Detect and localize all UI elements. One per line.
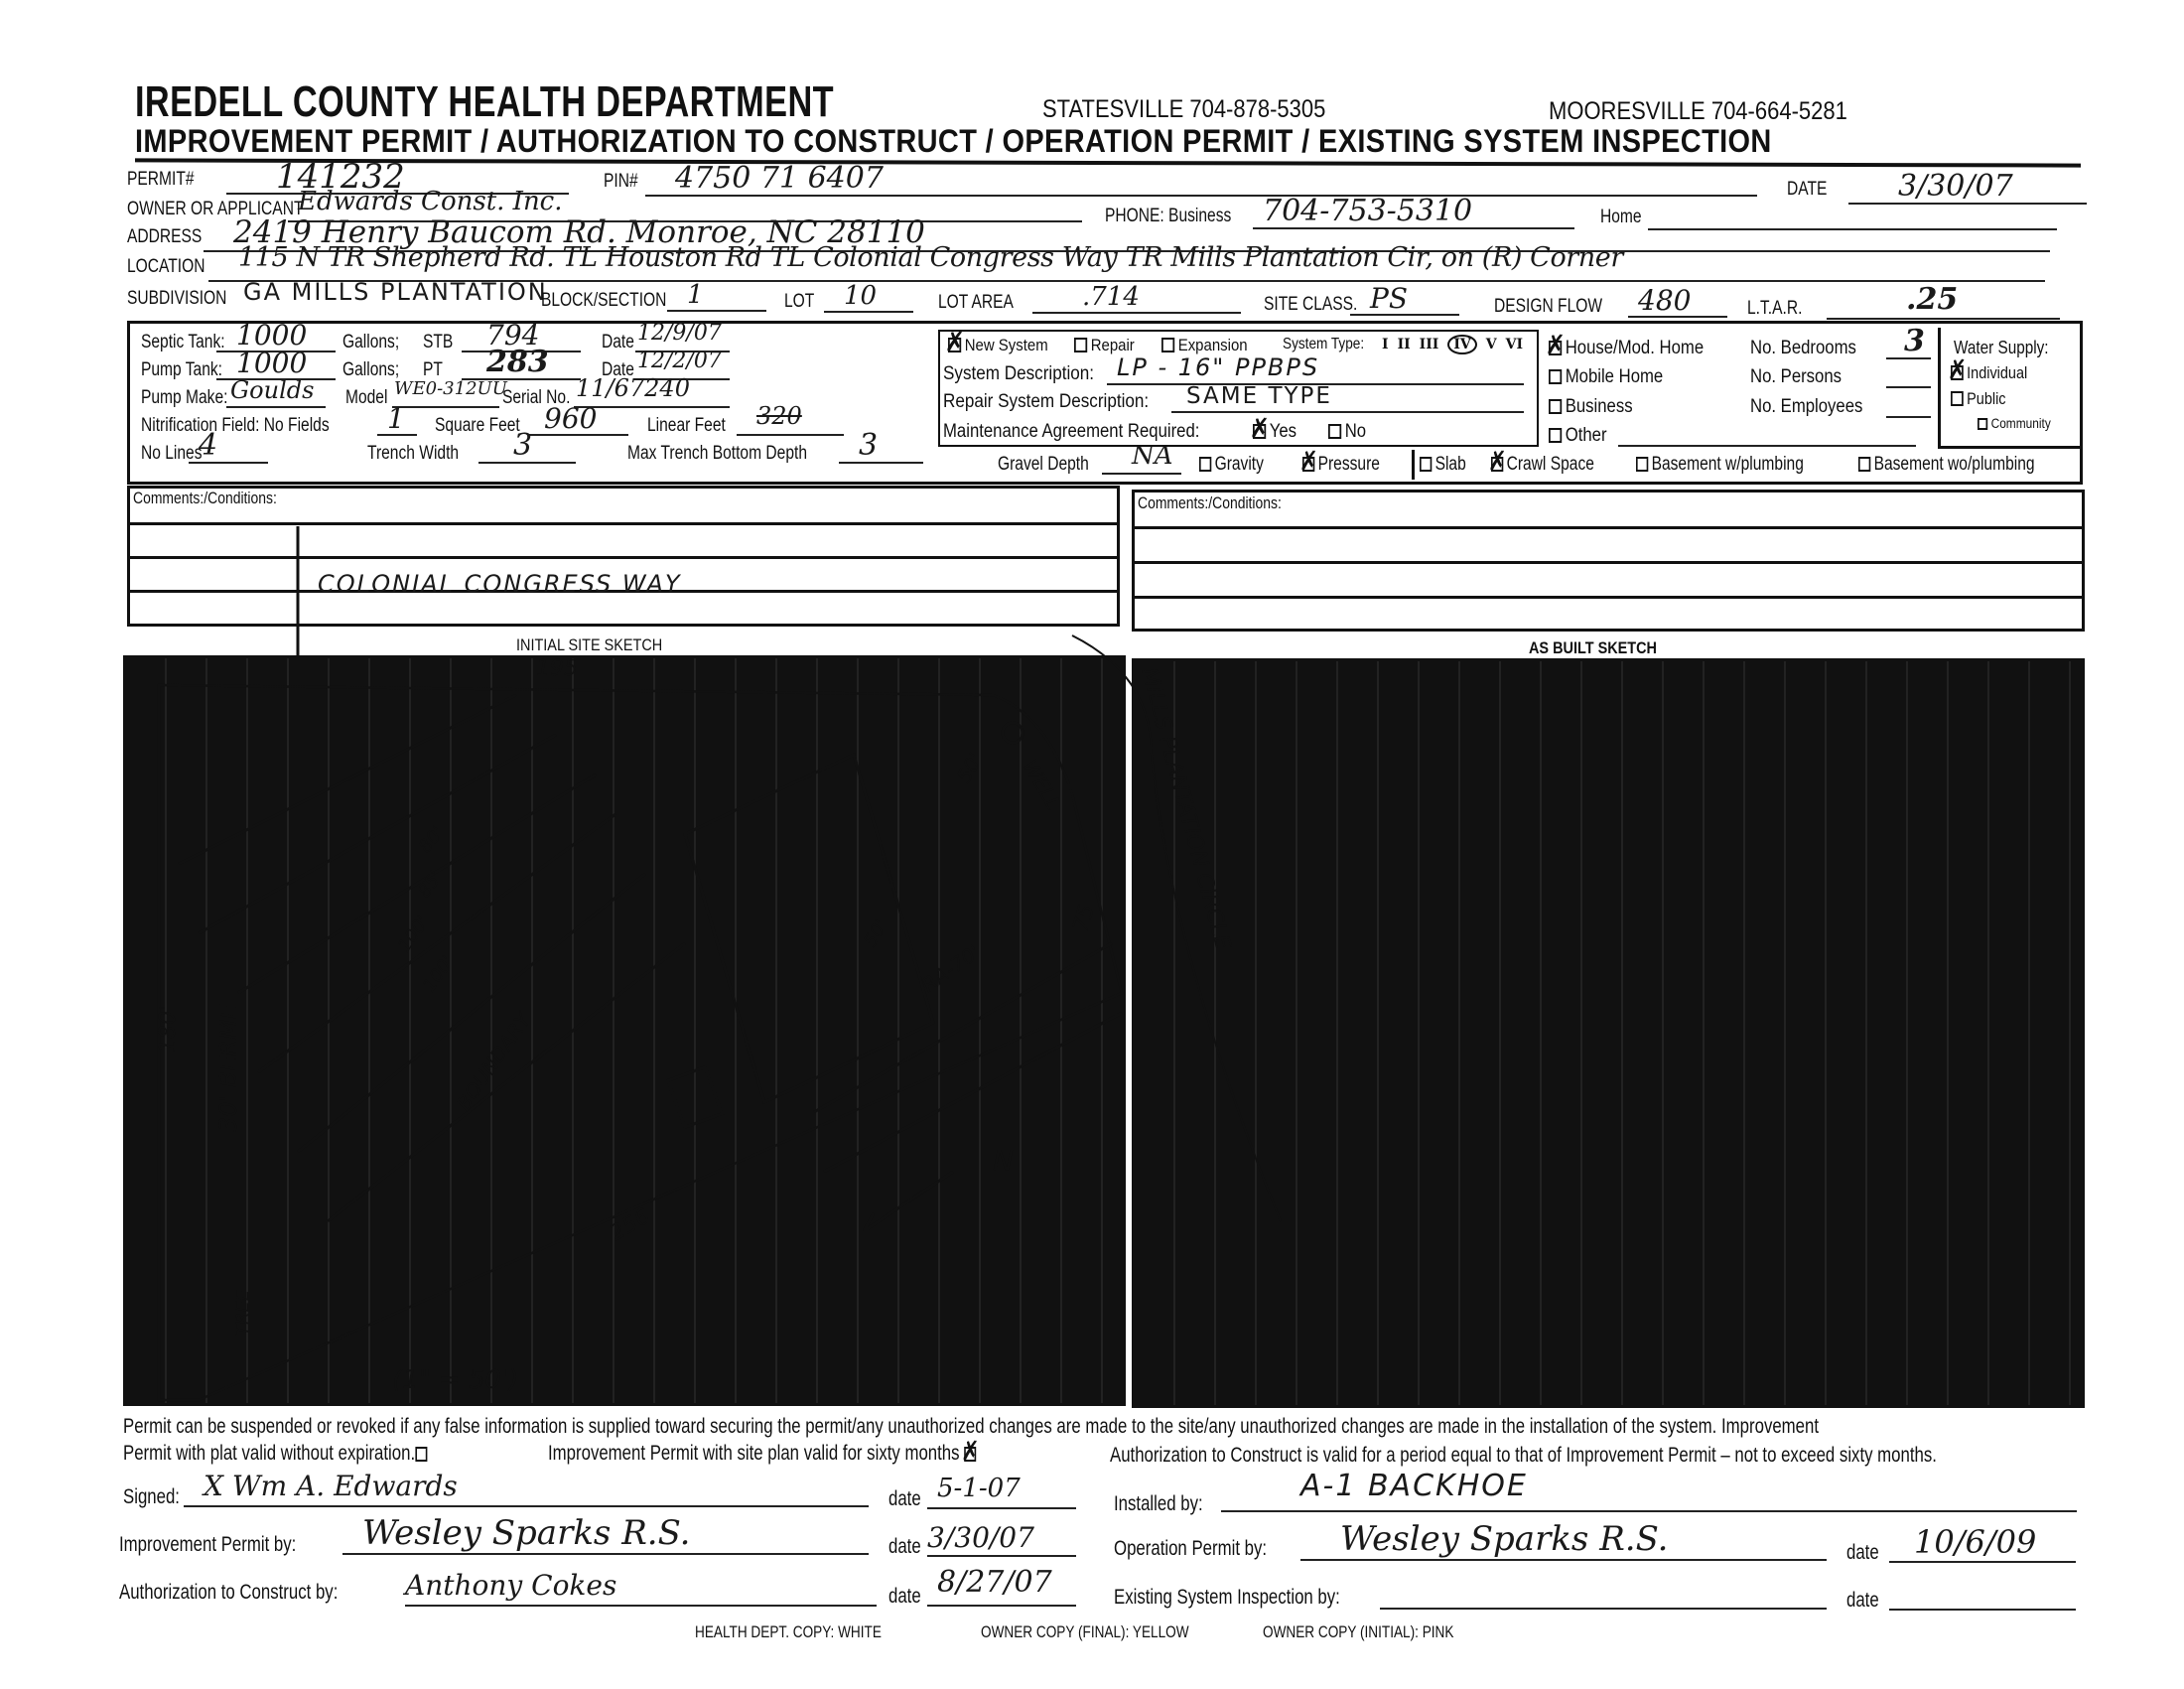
operation-date-field[interactable]: 10/6/09 [1889, 1537, 2076, 1563]
atc-date-value: 8/27/07 [937, 1565, 1052, 1600]
existing-by-field[interactable] [1380, 1586, 1827, 1610]
svg-text:100': 100' [419, 952, 459, 996]
svg-text:80': 80' [415, 822, 449, 857]
existing-by-label: Existing System Inspection by: [1114, 1586, 1340, 1610]
installed-by-field[interactable]: A-1 BACKHOE [1221, 1486, 2077, 1512]
atc-by-field[interactable]: Anthony Cokes [405, 1583, 877, 1607]
signed-field[interactable]: X Wm A. Edwards [184, 1481, 869, 1507]
plat-valid-checkbox[interactable] [415, 1447, 427, 1462]
site-plan-checkbox[interactable] [964, 1447, 976, 1462]
operation-by-value: Wesley Sparks R.S. [1340, 1519, 1669, 1559]
svg-text:N: N [993, 1144, 1014, 1177]
atc-date-label: date [888, 1585, 921, 1609]
svg-text:50': 50' [860, 916, 891, 951]
atc-note: Authorization to Construct is valid for … [1110, 1444, 1937, 1468]
plat-valid-option[interactable]: Permit with plat valid without expiratio… [123, 1442, 430, 1466]
copy-pink: OWNER COPY (INITIAL): PINK [1263, 1622, 1453, 1642]
operation-date-label: date [1846, 1541, 1879, 1565]
svg-text:85': 85' [414, 867, 447, 902]
site-plan-option[interactable]: Improvement Permit with site plan valid … [548, 1442, 979, 1466]
svg-text:WELL: WELL [1019, 756, 1066, 814]
svg-text:TREE: TREE [232, 1289, 253, 1336]
improvement-date-value: 3/30/07 [927, 1521, 1034, 1554]
site-plan-text: Improvement Permit with site plan valid … [548, 1442, 960, 1465]
svg-text:50': 50' [952, 749, 988, 787]
svg-text:256: 256 [607, 1204, 655, 1247]
svg-text:75: 75 [1069, 902, 1100, 935]
copy-yellow: OWNER COPY (FINAL): YELLOW [981, 1622, 1189, 1642]
svg-text:180': 180' [156, 1005, 181, 1053]
operation-date-value: 10/6/09 [1914, 1523, 2036, 1561]
atc-by-label: Authorization to Construct by: [119, 1581, 338, 1605]
svg-text:BOUNDARY: BOUNDARY [451, 1007, 536, 1115]
svg-text:MILLS PLANTATION CIRCLE: MILLS PLANTATION CIRCLE [1136, 665, 1235, 952]
signed-value: X Wm A. Edwards [204, 1470, 458, 1502]
signed-date-field[interactable]: 5-1-07 [927, 1483, 1076, 1509]
svg-text:30' BERME: 30' BERME [214, 1003, 242, 1132]
atc-date-field[interactable]: 8/27/07 [927, 1583, 1076, 1607]
signed-date-value: 5-1-07 [937, 1474, 1021, 1503]
improvement-date-label: date [888, 1535, 921, 1559]
copy-white: HEALTH DEPT. COPY: WHITE [695, 1622, 882, 1642]
signed-date-label: date [888, 1487, 921, 1511]
installed-by-label: Installed by: [1114, 1492, 1203, 1516]
improvement-date-field[interactable]: 3/30/07 [927, 1531, 1076, 1557]
improvement-by-label: Improvement Permit by: [119, 1533, 296, 1557]
atc-by-value: Anthony Cokes [405, 1569, 616, 1602]
operation-by-label: Operation Permit by: [1114, 1537, 1267, 1561]
svg-text:RA-70': RA-70' [917, 940, 985, 997]
improvement-by-value: Wesley Sparks R.S. [362, 1513, 691, 1553]
existing-date-field[interactable] [1889, 1587, 2076, 1611]
existing-date-label: date [1846, 1589, 1879, 1613]
plat-valid-text: Permit with plat valid without expiratio… [123, 1442, 415, 1465]
svg-text:(1" = 50'): (1" = 50') [392, 1365, 518, 1395]
installed-by-value: A-1 BACKHOE [1300, 1469, 1528, 1503]
operation-by-field[interactable]: Wesley Sparks R.S. [1300, 1535, 1827, 1561]
svg-text:195: 195 [536, 656, 578, 681]
improvement-by-field[interactable]: Wesley Sparks R.S. [342, 1529, 869, 1555]
signed-label: Signed: [123, 1485, 180, 1509]
